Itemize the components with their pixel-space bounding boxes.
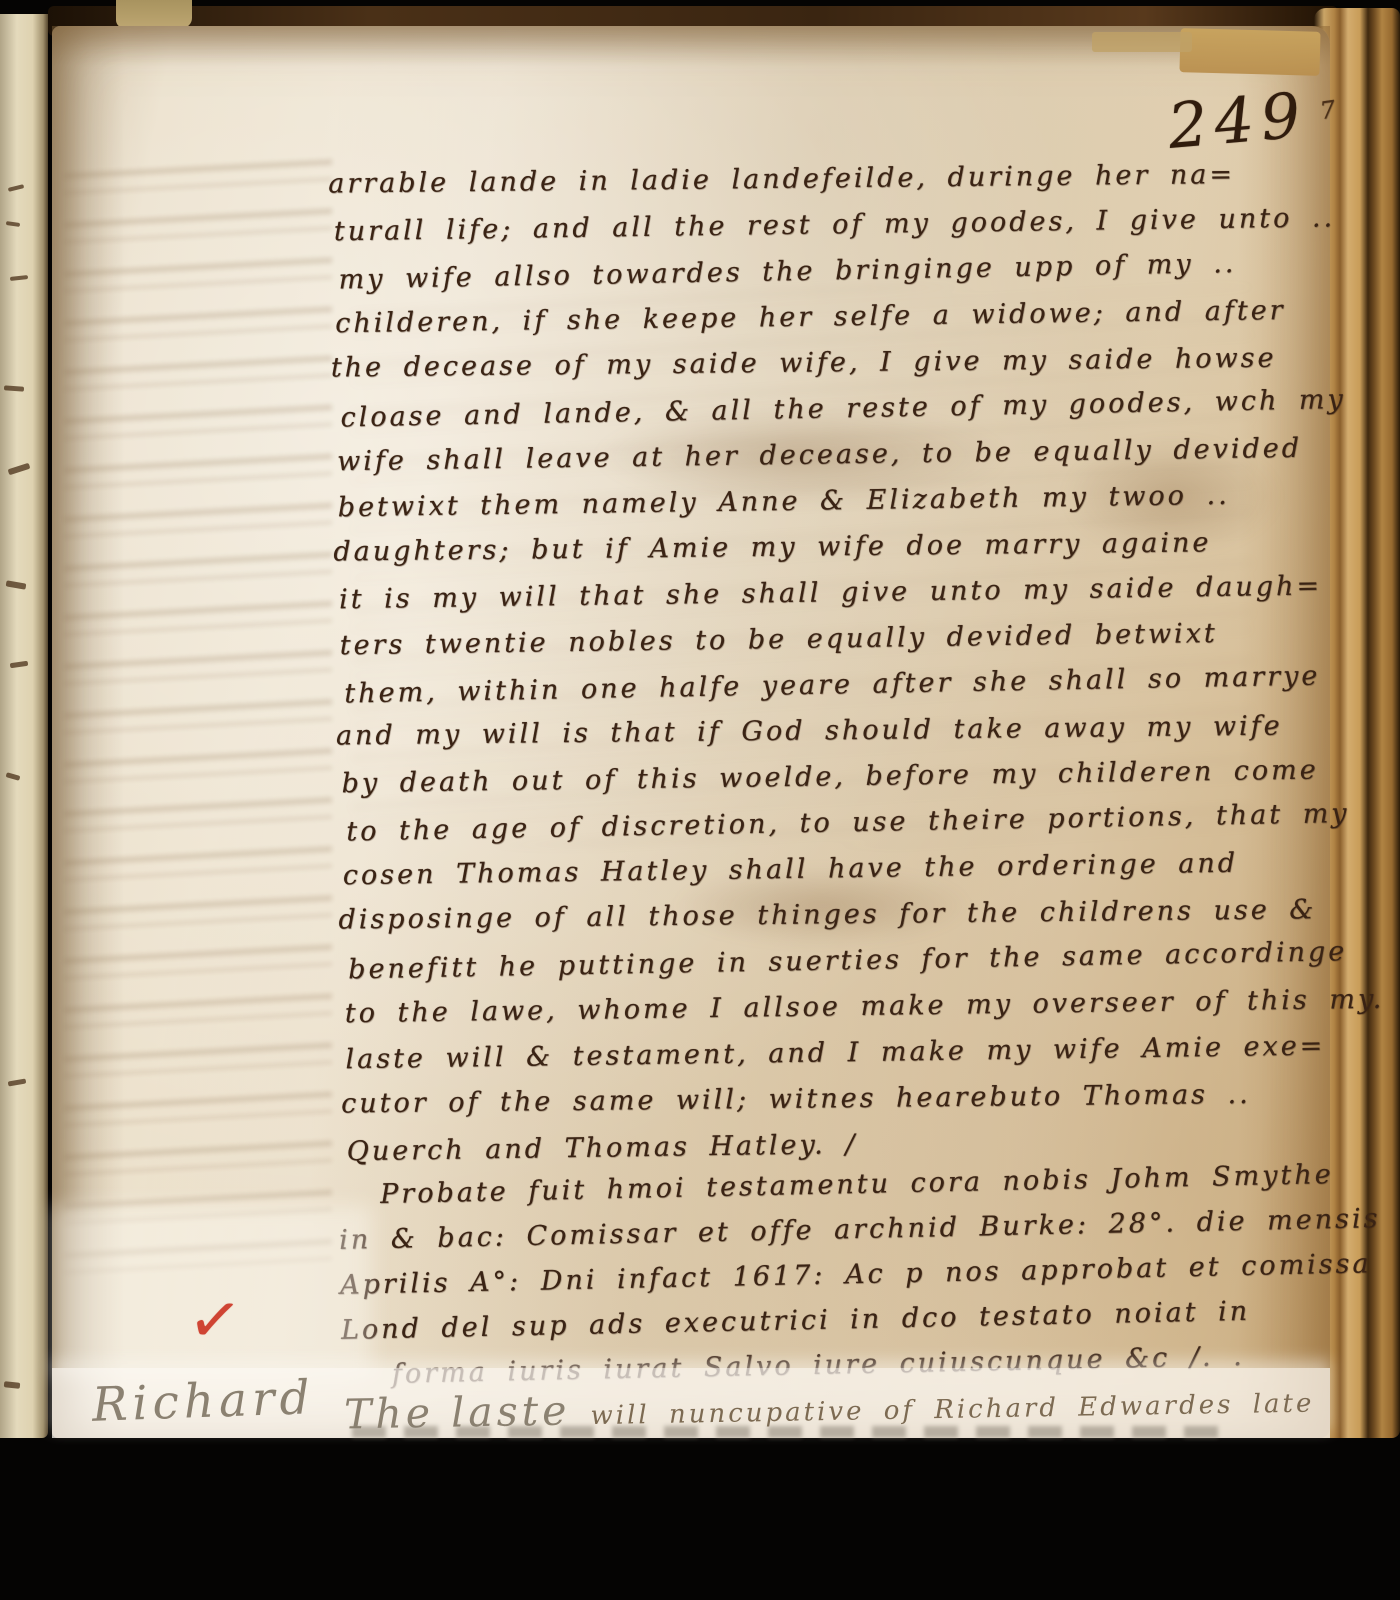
margin-name-richard: Richard [91,1370,315,1433]
ink-fragment [8,184,24,192]
repair-patch [1179,28,1320,76]
probate-clause-block: Probate fuit hmoi testamentu cora nobis … [338,1151,1384,1398]
manuscript-page: 249 7 arrable lande in ladie landefeilde… [52,26,1330,1438]
binding-cloth-patch [116,0,192,28]
ink-fragment [6,772,21,781]
page-number-mark: 7 [1318,95,1340,125]
facing-page-sliver [0,14,48,1438]
repair-patch [1092,32,1192,52]
ink-fragment [6,580,27,589]
ink-fragment [10,661,29,668]
ink-fragment [10,275,28,281]
red-checkmark: ✓ [184,1281,246,1361]
ink-fragment [4,1381,21,1389]
ink-fragment [8,463,31,476]
ink-fragment [8,1078,27,1086]
clipped-faded-line [352,1426,1232,1438]
ink-fragment [4,385,24,391]
ink-fragment [6,221,20,227]
manuscript-photo: 249 7 arrable lande in ladie landefeilde… [0,0,1400,1600]
will-text-block: arrable lande in ladie landefeilde, duri… [333,149,1386,1175]
